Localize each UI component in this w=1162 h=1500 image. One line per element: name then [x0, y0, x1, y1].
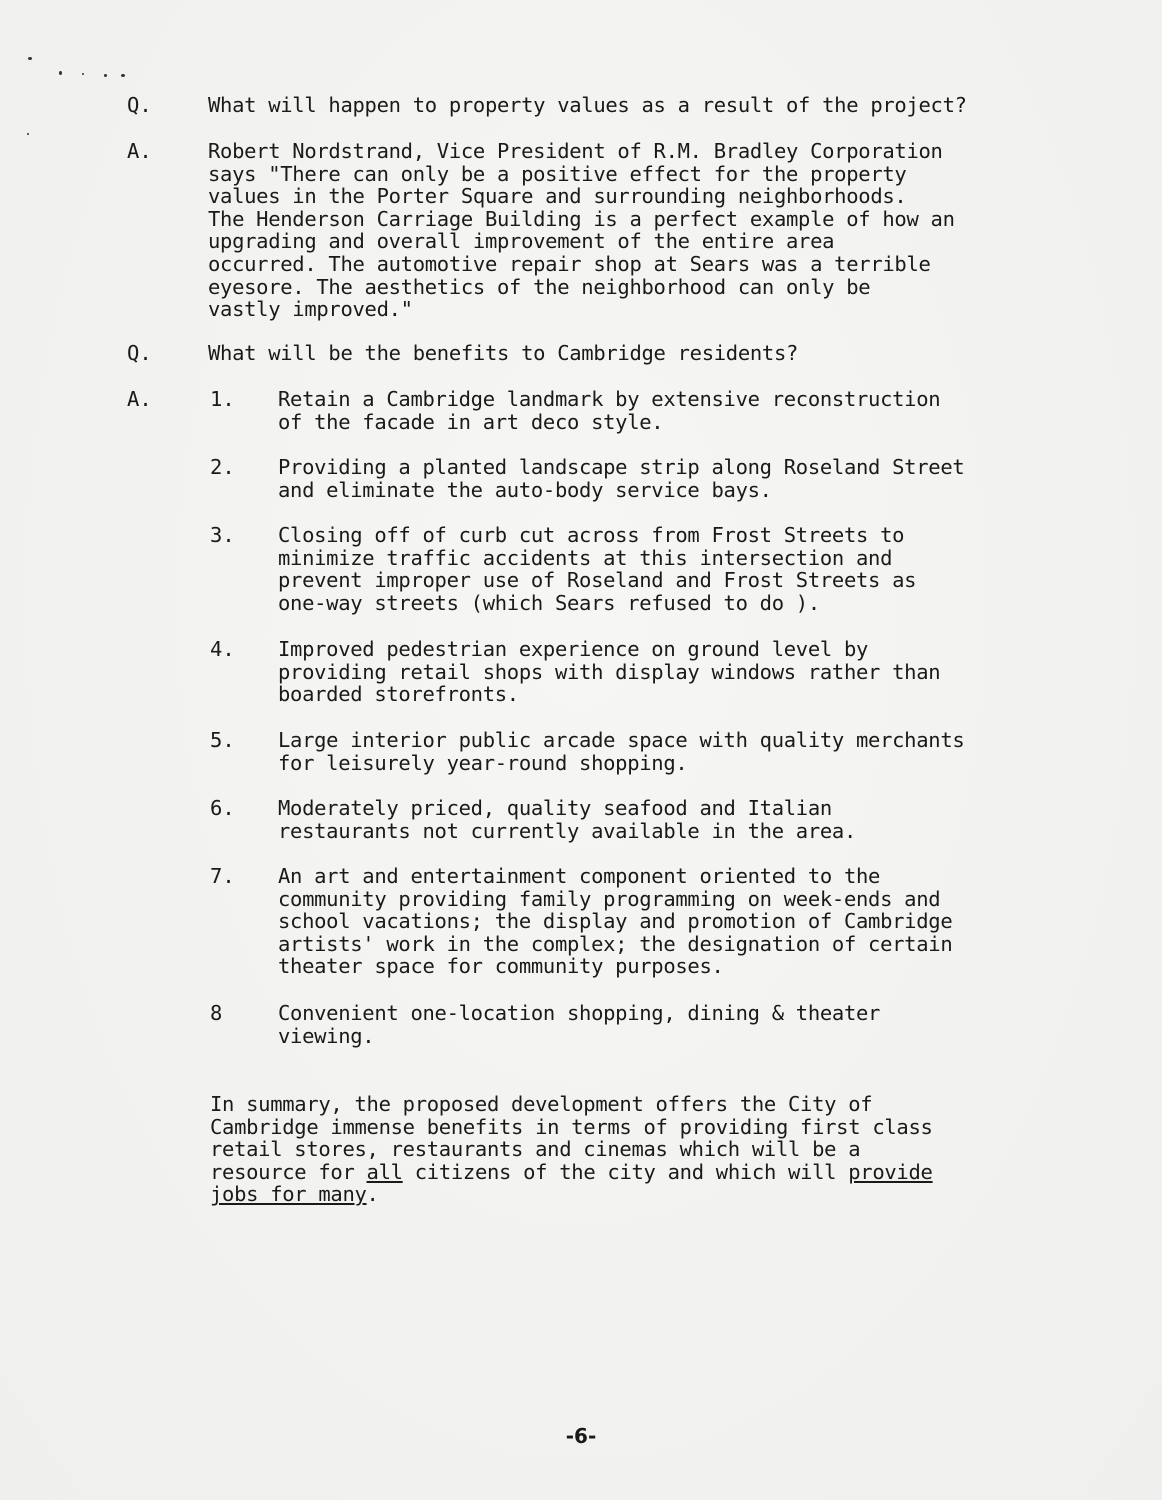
answer-line: vastly improved." [208, 298, 955, 321]
benefit-line: and eliminate the auto-body service bays… [278, 479, 964, 502]
summary-line: resource for all citizens of the city an… [210, 1161, 933, 1184]
benefit-number: 4. [210, 638, 235, 661]
question-label: Q. [127, 342, 152, 365]
benefit-line: community providing family programming o… [278, 888, 952, 911]
benefit-line: one-way streets (which Sears refused to … [278, 592, 916, 615]
benefit-line: Retain a Cambridge landmark by extensive… [278, 388, 940, 411]
benefit-line: Large interior public arcade space with … [278, 729, 964, 752]
benefit-line: artists' work in the complex; the design… [278, 933, 952, 956]
answer-text: Robert Nordstrand, Vice President of R.M… [208, 140, 955, 321]
summary-text: resource for [210, 1160, 367, 1184]
scan-speck [82, 73, 84, 75]
benefit-number: 3. [210, 524, 235, 547]
benefit-line: boarded storefronts. [278, 683, 940, 706]
answer-line: eyesore. The aesthetics of the neighborh… [208, 276, 955, 299]
benefit-line: theater space for community purposes. [278, 955, 952, 978]
benefit-line: of the facade in art deco style. [278, 411, 940, 434]
benefit-line: restaurants not currently available in t… [278, 820, 856, 843]
question-text: What will be the benefits to Cambridge r… [208, 342, 798, 365]
benefit-number: 2. [210, 456, 235, 479]
benefit-line: viewing. [278, 1025, 880, 1048]
benefit-item: Moderately priced, quality seafood and I… [278, 797, 856, 842]
benefit-line: Moderately priced, quality seafood and I… [278, 797, 856, 820]
summary-paragraph: In summary, the proposed development off… [210, 1093, 933, 1206]
benefit-item: Large interior public arcade space with … [278, 729, 964, 774]
benefit-number: 5. [210, 729, 235, 752]
document-page: Q. What will happen to property values a… [0, 0, 1162, 1500]
benefit-number: 6. [210, 797, 235, 820]
underlined-text: all [367, 1160, 403, 1184]
summary-line: retail stores, restaurants and cinemas w… [210, 1138, 933, 1161]
scan-speck [104, 74, 107, 77]
benefit-line: Closing off of curb cut across from Fros… [278, 524, 916, 547]
summary-text: . [367, 1182, 379, 1206]
answer-label: A. [127, 140, 152, 163]
question-label: Q. [127, 94, 152, 117]
benefit-line: Improved pedestrian experience on ground… [278, 638, 940, 661]
benefit-number: 7. [210, 865, 235, 888]
summary-line: In summary, the proposed development off… [210, 1093, 933, 1116]
scan-speck [28, 57, 32, 60]
page-number: -6- [0, 1424, 1162, 1448]
benefit-line: Convenient one-location shopping, dining… [278, 1002, 880, 1025]
benefit-line: providing retail shops with display wind… [278, 661, 940, 684]
answer-line: Robert Nordstrand, Vice President of R.M… [208, 140, 955, 163]
benefit-line: prevent improper use of Roseland and Fro… [278, 569, 916, 592]
summary-line: jobs for many. [210, 1183, 933, 1206]
benefit-item: Providing a planted landscape strip alon… [278, 456, 964, 501]
answer-line: values in the Porter Square and surround… [208, 185, 955, 208]
benefit-line: Providing a planted landscape strip alon… [278, 456, 964, 479]
scan-speck [27, 133, 29, 135]
benefit-item: An art and entertainment component orien… [278, 865, 952, 978]
benefit-line: school vacations; the display and promot… [278, 910, 952, 933]
benefit-item: Retain a Cambridge landmark by extensive… [278, 388, 940, 433]
underlined-text: provide [848, 1160, 932, 1184]
benefit-item: Closing off of curb cut across from Fros… [278, 524, 916, 614]
answer-line: occurred. The automotive repair shop at … [208, 253, 955, 276]
benefit-item: Improved pedestrian experience on ground… [278, 638, 940, 706]
benefit-item: Convenient one-location shopping, dining… [278, 1002, 880, 1047]
summary-line: Cambridge immense benefits in terms of p… [210, 1116, 933, 1139]
benefit-line: for leisurely year-round shopping. [278, 752, 964, 775]
benefit-line: An art and entertainment component orien… [278, 865, 952, 888]
scan-speck [59, 71, 62, 75]
answer-label: A. [127, 388, 152, 411]
scan-speck [121, 74, 125, 77]
benefit-number: 1. [210, 388, 235, 411]
benefit-line: minimize traffic accidents at this inter… [278, 547, 916, 570]
underlined-text: jobs for many [210, 1182, 367, 1206]
question-text: What will happen to property values as a… [208, 94, 967, 117]
answer-line: upgrading and overall improvement of the… [208, 230, 955, 253]
benefit-number: 8 [210, 1002, 222, 1025]
answer-line: The Henderson Carriage Building is a per… [208, 208, 955, 231]
answer-line: says "There can only be a positive effec… [208, 163, 955, 186]
summary-text: citizens of the city and which will [403, 1160, 849, 1184]
